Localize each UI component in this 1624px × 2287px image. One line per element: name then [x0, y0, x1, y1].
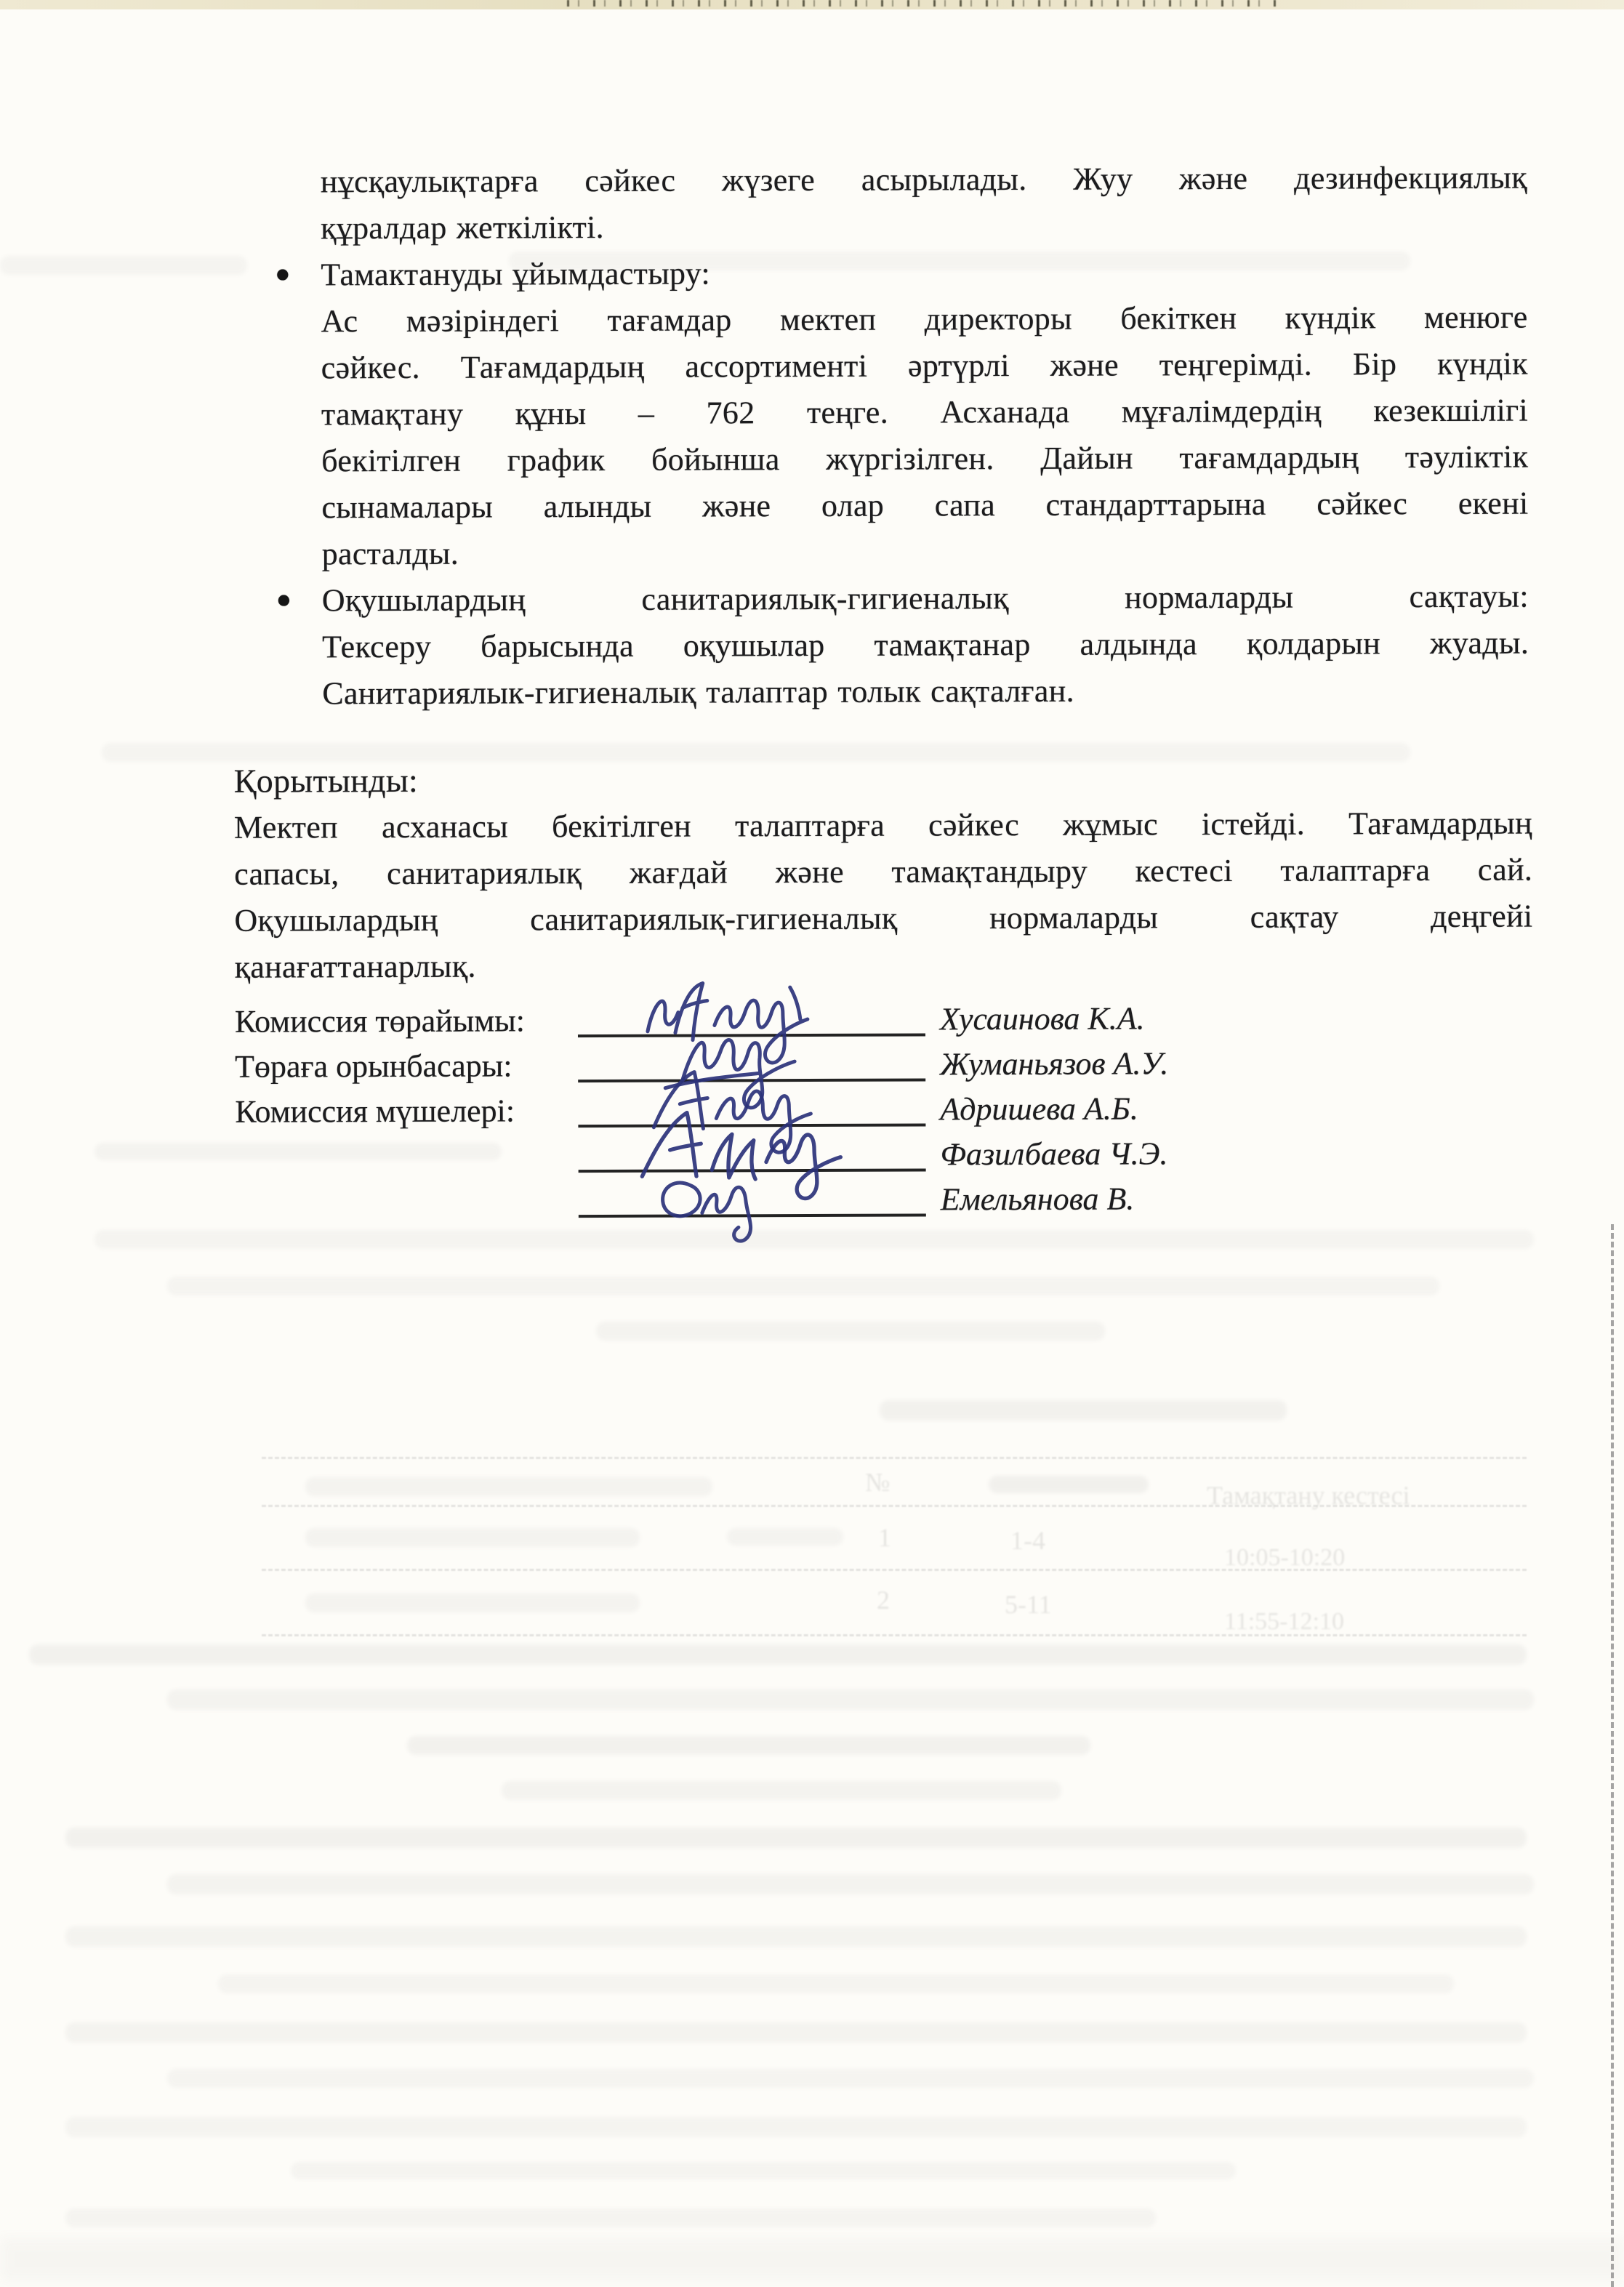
bullet-dot-icon	[278, 595, 289, 606]
scan-right-edge-dashed-line	[1611, 1224, 1614, 2287]
signature-name: Адришева А.Б.	[940, 1086, 1138, 1132]
bleedthrough-line	[989, 1476, 1149, 1493]
paragraph-line: Мектеп асханасы бекітілген талаптарға сә…	[234, 800, 1532, 851]
bleedthrough-line	[167, 1874, 1534, 1894]
bullet-dot-icon	[277, 270, 288, 281]
signature-name: Жуманьязов А.У.	[940, 1041, 1168, 1087]
bleedthrough-line	[65, 1828, 1527, 1848]
bleedthrough-line	[0, 256, 247, 275]
bleedthrough-line	[727, 1528, 843, 1546]
bullet2-title: Оқушылардың санитариялық-гигиеналық норм…	[322, 574, 1529, 624]
bleedthrough-line	[95, 1230, 1534, 1249]
paragraph-line: нұсқаулықтарға сәйкес жүзеге асырылады. …	[321, 155, 1527, 206]
scan-top-edge-strip	[0, 0, 1624, 9]
signature-role-label: Төраға орынбасары:	[235, 1043, 512, 1089]
paragraph-line: бекітілген график бойынша жүргізілген. Д…	[321, 434, 1528, 485]
bleedthrough-line	[509, 252, 1410, 270]
bleedthrough-line	[502, 1781, 1061, 1800]
paragraph-line: сәйкес. Тағамдардың ассортименті әртүрлі…	[321, 341, 1528, 392]
bleedthrough-table-rule	[262, 1569, 1527, 1571]
bleedthrough-line	[65, 1926, 1527, 1947]
bleedthrough-line	[167, 1277, 1439, 1295]
paragraph-line: Оқушылардың санитариялық-гигиеналық норм…	[234, 893, 1532, 944]
scan-top-edge-specks	[567, 0, 1279, 7]
scan-bottom-smudge	[0, 2238, 1624, 2281]
bleedthrough-line	[291, 2162, 1236, 2179]
signature-role-label: Комиссия төрайымы:	[235, 998, 525, 1044]
bleedthrough-line	[218, 1974, 1454, 1993]
bleedthrough-line	[65, 2117, 1527, 2137]
signature-name: Емельянова В.	[941, 1176, 1135, 1222]
bleedthrough-line	[102, 743, 1410, 762]
bleedthrough-line	[167, 2069, 1534, 2088]
paragraph-line: расталды.	[322, 527, 1529, 578]
bleedthrough-line	[596, 1322, 1105, 1341]
bleedthrough-line	[95, 1143, 502, 1160]
bleedthrough-row1-class: 1-4	[1010, 1525, 1045, 1556]
paragraph-line: құралдар жеткілікті.	[321, 201, 1527, 252]
bleedthrough-line	[880, 1400, 1287, 1420]
signature-block: Комиссия төрайымы: Хусаинова К.А. Төраға…	[4, 994, 1624, 1226]
bleedthrough-line	[305, 1528, 640, 1547]
bleedthrough-line	[305, 1477, 712, 1496]
bleedthrough-table-no-header: №	[865, 1467, 890, 1498]
bleedthrough-line	[29, 1644, 1527, 1665]
bleedthrough-table-rule	[262, 1634, 1527, 1636]
paragraph-line: тамақтану құны – 762 теңге. Асханада мұғ…	[321, 387, 1528, 438]
bleedthrough-row2-time: 11:55-12:10	[1224, 1608, 1344, 1636]
bleedthrough-line	[305, 1593, 640, 1612]
paragraph-line: Ас мәзіріндегі тағамдар мектеп директоры…	[321, 294, 1527, 345]
paragraph-line: сапасы, санитариялық жағдай және тамақта…	[234, 847, 1532, 898]
scanned-document-page: нұсқаулықтарға сәйкес жүзеге асырылады. …	[0, 0, 1624, 2287]
conclusion-block: Қорытынды: Мектеп асханасы бекітілген та…	[234, 754, 1533, 991]
bleedthrough-line	[167, 1689, 1534, 1710]
paragraph-line: сынамалары алынды және олар сапа стандар…	[321, 481, 1528, 531]
signature-name: Хусаинова К.А.	[940, 996, 1145, 1042]
bleedthrough-row2-class: 5-11	[1005, 1589, 1052, 1620]
bleedthrough-line	[65, 2208, 1156, 2227]
paragraph-line: Тексеру барысында оқушылар тамақтанар ал…	[322, 620, 1529, 671]
signature-name: Фазилбаева Ч.Э.	[940, 1131, 1167, 1177]
bleedthrough-row1-no: 1	[878, 1522, 891, 1553]
paragraph-line: Санитариялык-гигиеналық талаптар толык с…	[322, 667, 1529, 718]
main-text-block: нұсқаулықтарға сәйкес жүзеге асырылады. …	[321, 155, 1529, 718]
bleedthrough-table-rule	[262, 1457, 1527, 1459]
bleedthrough-table-rule	[262, 1505, 1527, 1507]
bleedthrough-row1-time: 10:05-10:20	[1224, 1544, 1345, 1572]
signature-row: Емельянова В.	[4, 1175, 1624, 1226]
bleedthrough-line	[407, 1736, 1090, 1755]
signature-role-label: Комиссия мүшелері:	[235, 1088, 515, 1134]
bleedthrough-line	[65, 2022, 1527, 2043]
paragraph-line: қанағаттанарлық.	[235, 940, 1533, 991]
bleedthrough-row2-no: 2	[877, 1585, 890, 1615]
